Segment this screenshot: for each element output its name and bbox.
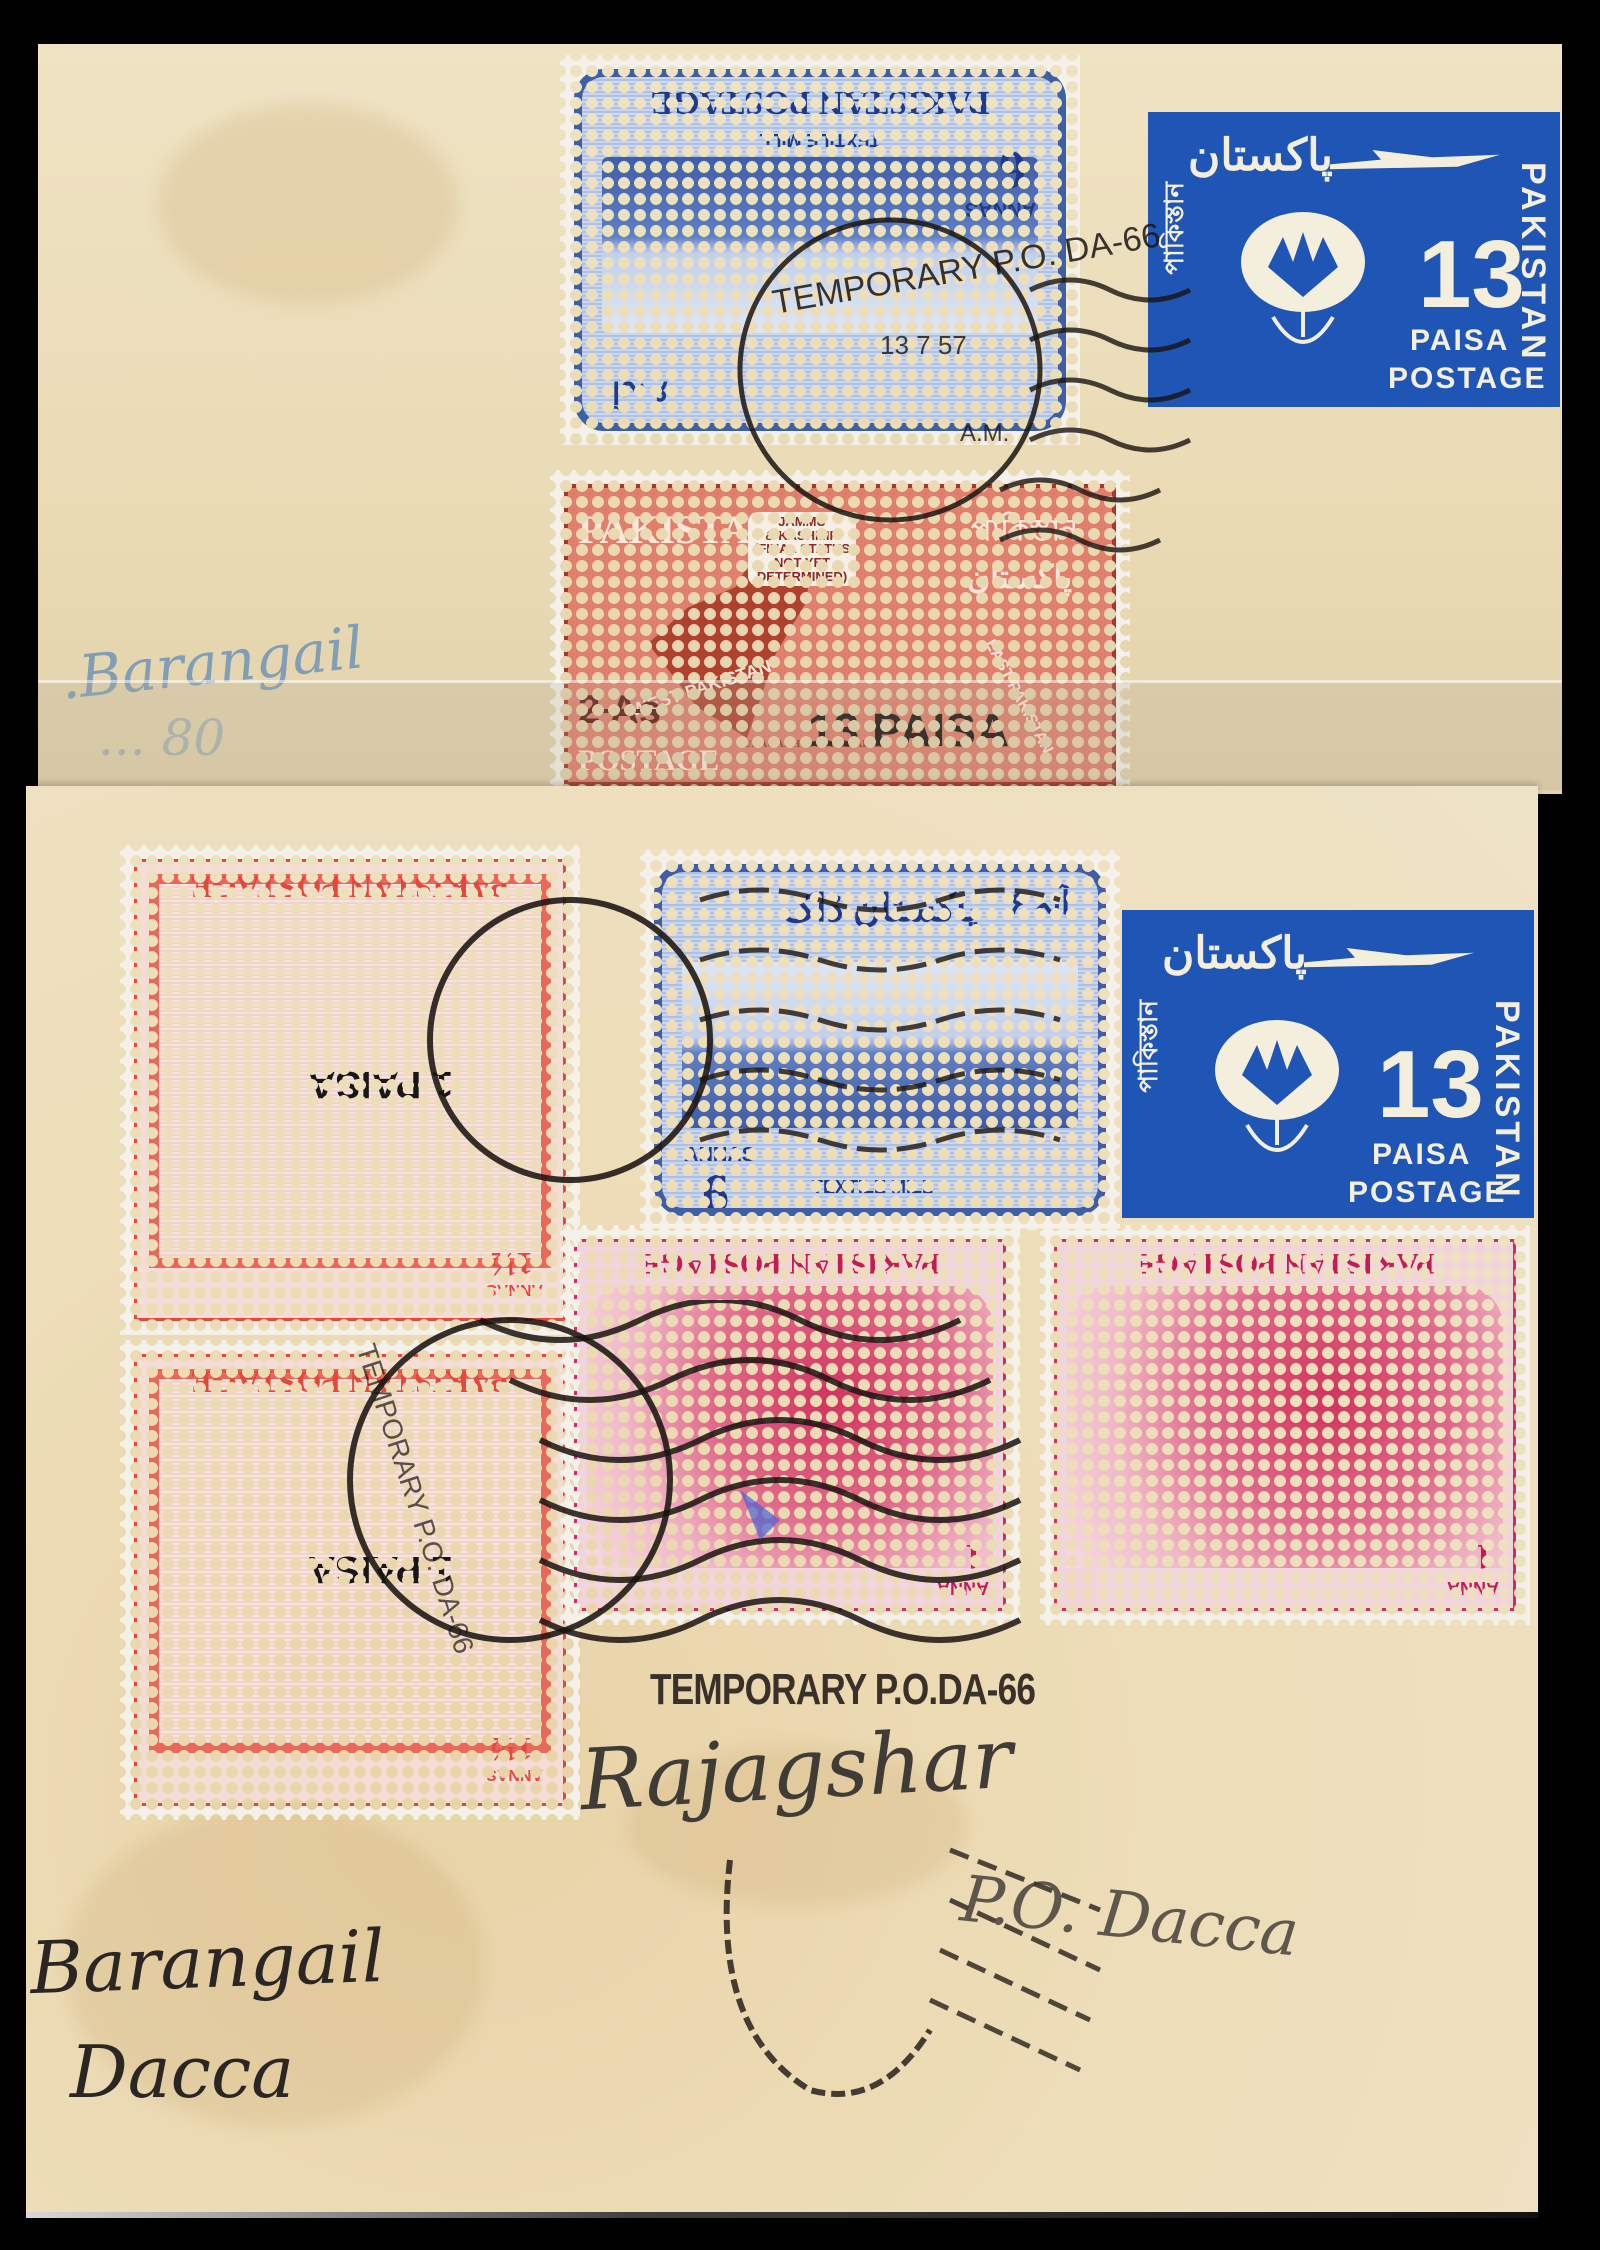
stamp-value: 1½ (491, 1729, 534, 1767)
handwriting-address-line1: Barangail (29, 1914, 386, 2010)
imprint-value: 13 (1377, 1030, 1484, 1140)
imprint-country-bengali: পাকিস্তান (1126, 1000, 1170, 1093)
stamp-shalimar-1-anna-left: PAKISTAN POSTAGE ANNA 1 (560, 1225, 1020, 1625)
stamp-header: PAKISTAN POSTAGE (742, 1202, 1041, 1216)
stamp-frame: PAKISTAN POSTAGE TEXTILE MILL ANNAS 6 ۶ … (574, 69, 1066, 431)
imprint-label: POSTAGE (1348, 1176, 1506, 1210)
imprint-country: PAKISTAN (1513, 162, 1552, 363)
stamp-frame: PAKISTAN POSTAGE 1 PAISA ANNAS 1½ (134, 859, 566, 1321)
stamp-gateway-1-paisa-lower: PAKISTAN POSTAGE 1 PAISA ANNAS 1½ (120, 1340, 580, 1820)
imprint-country-bengali: পাকিস্তান (1152, 182, 1196, 275)
stamp-shalimar-1-anna-right: PAKISTAN POSTAGE ANNA 1 (1040, 1225, 1530, 1625)
stamp-title-bengali: পাকিস্তান (971, 506, 1078, 557)
imprint-label: POSTAGE (1388, 362, 1546, 396)
stamp-value-urdu: ۶ آنہ (612, 374, 670, 409)
imprint-country-urdu: پاکستان (1188, 130, 1333, 181)
surcharge-overprint: 1 PAISA (308, 1062, 453, 1105)
imprint-unit: PAISA (1410, 324, 1509, 358)
frame-edge (26, 2212, 1538, 2218)
imprinted-stamp-13-paisa: پاکستان পাকিস্তান 13 PAISA POSTAGE PAKIS… (1148, 112, 1560, 407)
shalimar-garden-scene (1067, 1286, 1503, 1568)
imprint-country: PAKISTAN (1487, 1000, 1526, 1201)
stamp-textile-mill-inverted: PAKISTAN POSTAGE TEXTILE MILL ANNAS 6 ۶ … (560, 55, 1080, 445)
surcharge-overprint: 1 PAISA (308, 1547, 453, 1590)
airplane-icon (1330, 150, 1500, 174)
stamp-frame: PAKISTAN POSTAGE ANNA 1 (574, 1239, 1006, 1611)
stamp-gateway-1-paisa-upper: PAKISTAN POSTAGE 1 PAISA ANNAS 1½ (120, 845, 580, 1335)
album-sleeve-edge (38, 680, 1562, 790)
stamp-header: PAKISTAN POSTAGE (1057, 1246, 1513, 1280)
stamp-frame: PAKISTAN POSTAGE 1 PAISA ANNAS 1½ (134, 1354, 566, 1806)
imprint-value: 13 (1418, 220, 1525, 330)
stamp-header: PAKISTAN POSTAGE (577, 1246, 1003, 1280)
stamp-currency: ANNAS (486, 1765, 543, 1783)
cotton-boll-icon (1228, 207, 1378, 367)
handwriting-address-line2: Dacca (70, 2030, 294, 2114)
stamp-currency: ANNAS (486, 1280, 543, 1298)
stamp-value: 1½ (491, 1244, 534, 1282)
stamp-header: PAKISTAN POSTAGE (137, 868, 563, 905)
stamp-value: 1 (1475, 1536, 1493, 1578)
imprint-unit: PAISA (1372, 1138, 1471, 1172)
imprinted-stamp-13-paisa: پاکستان পাকিস্তান 13 PAISA POSTAGE PAKIS… (1122, 910, 1534, 1218)
stamp-header: PAKISTAN POSTAGE (137, 1363, 563, 1400)
stamp-caption: TEXTILE MILL (812, 1177, 933, 1198)
stamp-textile-mill: پاکستان ڈاک ۶ آنہ ANNAS 6 TEXTILE MILL P… (640, 850, 1120, 1230)
stamp-value: 6 (702, 1162, 729, 1216)
paper-stain (158, 104, 458, 304)
stamp-currency: ANNA (937, 1577, 989, 1598)
airplane-icon (1304, 948, 1474, 972)
stamp-currency: ANNA (1447, 1577, 1499, 1598)
stamp-header-urdu: پاکستان ڈاک (782, 886, 978, 931)
stamp-caption: TEXTILE MILL (582, 129, 1058, 150)
kashmir-note: JAMMU & KASHMIR (FINAL STATUS NOT YET DE… (748, 512, 856, 586)
textile-mill-scene (682, 962, 1078, 1128)
stamp-value-urdu: ۶ آنہ (1008, 884, 1070, 922)
textile-mill-scene (602, 157, 1038, 333)
shalimar-garden-scene (587, 1286, 993, 1568)
stamp-frame: PAKISTAN POSTAGE ANNA 1 (1054, 1239, 1516, 1611)
stamp-frame: پاکستان ڈاک ۶ آنہ ANNAS 6 TEXTILE MILL P… (654, 864, 1106, 1216)
stamp-value: 1 (965, 1536, 983, 1578)
stamp-value: 6 (999, 139, 1026, 201)
stamp-title-urdu: پاکستان (967, 558, 1072, 596)
cotton-boll-icon (1202, 1015, 1352, 1175)
imprint-country-urdu: پاکستان (1162, 928, 1307, 979)
stamp-header: PAKISTAN POSTAGE (582, 83, 1058, 121)
